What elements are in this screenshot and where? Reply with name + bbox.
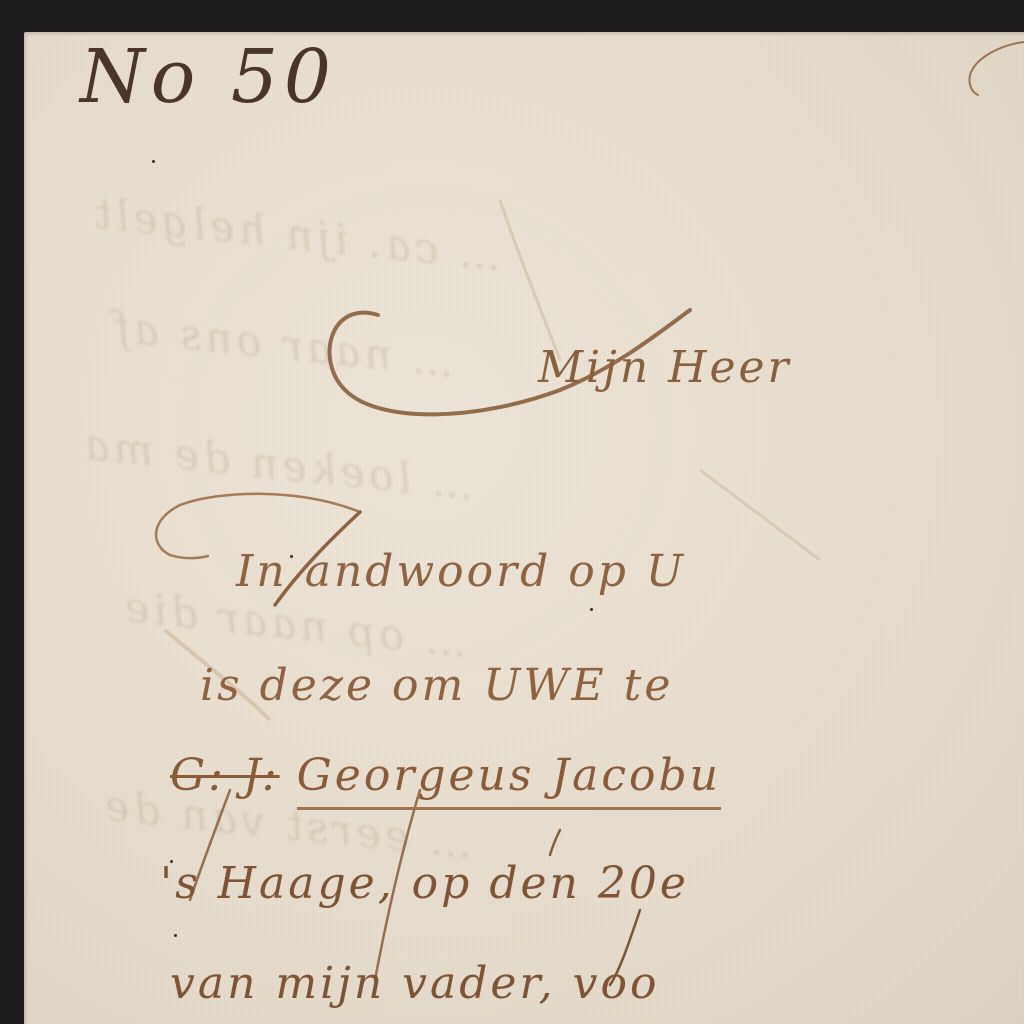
document-scan: … ca. ijn helgelt … naar ons af … loeken… — [0, 0, 1024, 1024]
body-line: 's Haage, op den 20e — [160, 858, 689, 909]
underlined-name: Georgeus Jacobu — [297, 750, 721, 810]
struck-initials: G: J: — [170, 750, 280, 801]
salutation: Mijn Heer — [538, 342, 792, 393]
body-line: G: J: Georgeus Jacobu — [170, 750, 721, 801]
body-line: van mijn vader, voo — [170, 958, 659, 1009]
body-line: In andwoord op U — [236, 546, 686, 597]
body-line: is deze om UWE te — [200, 660, 673, 711]
document-number: No 50 — [80, 34, 337, 120]
paper-speck — [590, 608, 593, 611]
paper-speck — [152, 160, 155, 163]
paper-speck — [290, 555, 293, 558]
paper-speck — [174, 934, 177, 937]
paper-speck — [170, 860, 173, 863]
